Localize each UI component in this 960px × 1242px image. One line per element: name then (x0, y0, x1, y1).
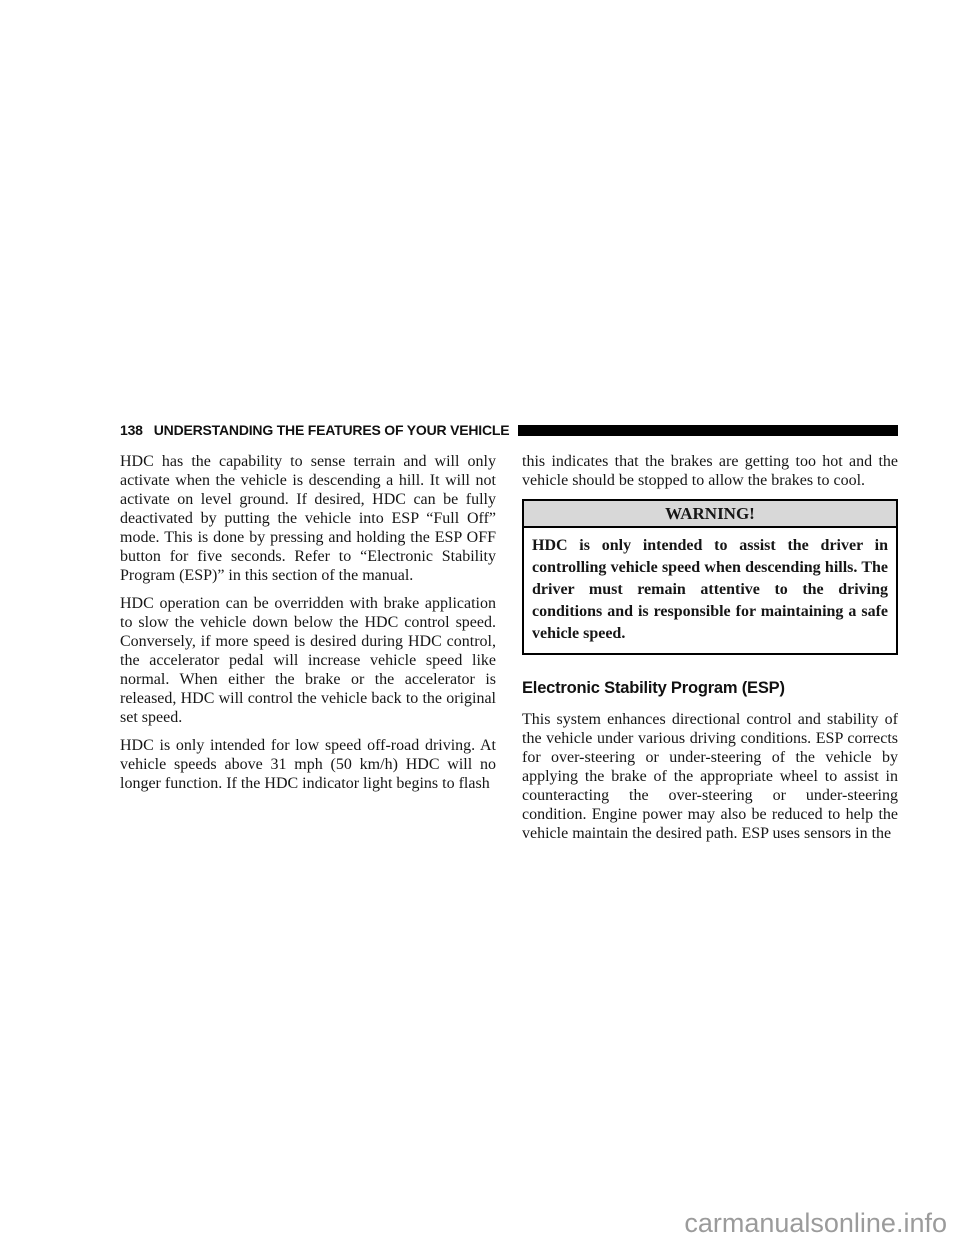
page-header-title: UNDERSTANDING THE FEATURES OF YOUR VEHIC… (154, 422, 510, 438)
page-body: HDC has the capability to sense terrain … (120, 452, 898, 852)
header-rule-bar (518, 425, 898, 436)
page-number: 138 (120, 422, 143, 438)
running-header: 138 UNDERSTANDING THE FEATURES OF YOUR V… (120, 422, 898, 438)
paragraph-hdc-override: HDC operation can be overridden with bra… (120, 594, 496, 727)
esp-section-heading: Electronic Stability Program (ESP) (522, 679, 898, 698)
watermark-link[interactable]: carmanualsonline.info (684, 1208, 947, 1239)
paragraph-hdc-terrain: HDC has the capability to sense terrain … (120, 452, 496, 585)
paragraph-esp-description: This system enhances directional control… (522, 710, 898, 843)
manual-page: 138 UNDERSTANDING THE FEATURES OF YOUR V… (0, 0, 960, 1242)
warning-box: WARNING! HDC is only intended to assist … (522, 499, 898, 655)
right-column: this indicates that the brakes are getti… (522, 452, 898, 852)
warning-body-text: HDC is only intended to assist the drive… (524, 528, 896, 653)
paragraph-brakes-hot: this indicates that the brakes are getti… (522, 452, 898, 490)
warning-title: WARNING! (524, 501, 896, 528)
left-column: HDC has the capability to sense terrain … (120, 452, 496, 852)
paragraph-hdc-offroad: HDC is only intended for low speed off-r… (120, 736, 496, 793)
